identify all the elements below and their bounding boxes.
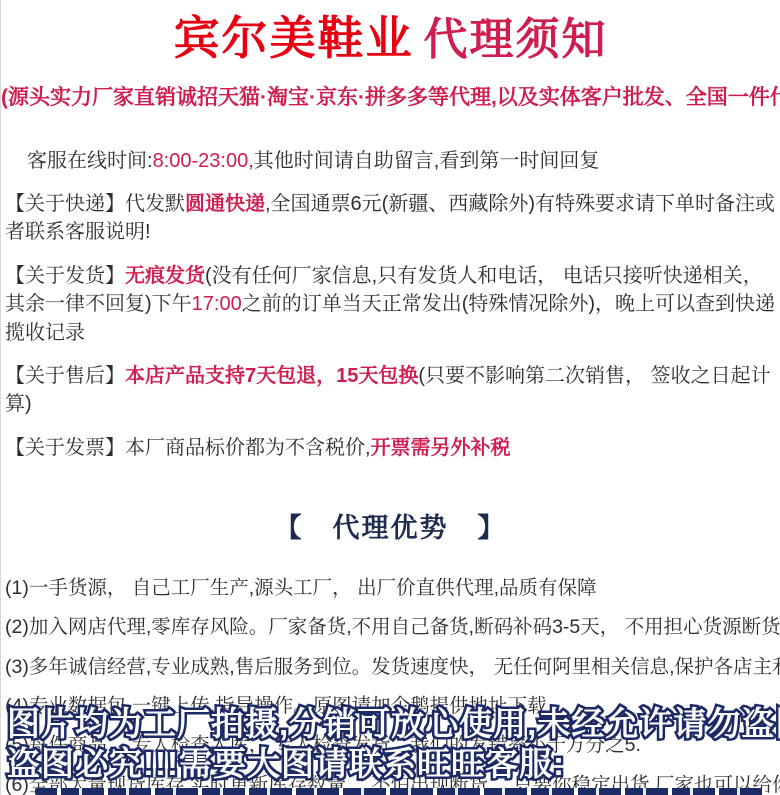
- service-hours-line: 客服在线时间:8:00-23:00,其他时间请自助留言,看到第一时间回复: [5, 147, 776, 175]
- text-segment: 【关于快递】代发默: [5, 193, 185, 215]
- notice-express: 【关于快递】代发默圆通快递,全国通票6元(新疆、西藏除外)有特殊要求请下单时备注…: [5, 190, 776, 247]
- text-segment: 其他时间请自助留言,看到第一时间回复: [254, 150, 600, 172]
- advantage-item-1: (1)一手货源， 自己工厂生产,源头工厂， 出厂价直供代理,品质有保障: [5, 575, 776, 601]
- anti-theft-warning-line2: 盗图必究!!!需要大图请联系旺旺客服:: [7, 744, 774, 784]
- cutoff-text-bar: [35, 788, 765, 795]
- text-segment: 【关于发票】本厂商品标价都为不含税价,: [5, 437, 371, 459]
- text-segment: 8:00-23:00,: [153, 150, 254, 172]
- text-segment: 客服在线时间:: [27, 150, 153, 172]
- page-title: 宾尔美鞋业代理须知: [1, 14, 780, 65]
- notice-list: 客服在线时间:8:00-23:00,其他时间请自助留言,看到第一时间回复 【关于…: [1, 147, 780, 463]
- notice-aftersale: 【关于售后】本店产品支持7天包退，15天包换(只要不影响第二次销售， 签收之日起…: [5, 362, 776, 419]
- notice-shipping: 【关于发货】无痕发货(没有任何厂家信息,只有发货人和电话， 电话只接听快递相关，…: [5, 262, 776, 347]
- recruiting-subtitle: (源头实力厂家直销诚招天猫·淘宝·京东·拼多多等代理,以及实体客户批发、全国一件…: [1, 81, 780, 111]
- text-segment: 【关于发货】: [5, 265, 125, 287]
- advantage-item-3: (3)多年诚信经营,专业成熟,售后服务到位。发货速度快， 无任何阿里相关信息,保…: [5, 654, 776, 680]
- notice-invoice: 【关于发票】本厂商品标价都为不含税价,开票需另外补税: [5, 434, 776, 462]
- anti-theft-warning-line1: 图片均为工厂拍摄,分销可放心使用,未经允许请勿盗图: [7, 704, 774, 744]
- agency-notice-page: 宾尔美鞋业代理须知 (源头实力厂家直销诚招天猫·淘宝·京东·拼多多等代理,以及实…: [0, 0, 780, 795]
- text-segment: 本店产品支持7天包退，15天包换: [125, 365, 418, 387]
- advantages-section-title: 【 代理优势 】: [1, 506, 780, 545]
- text-segment: 17:00: [192, 293, 242, 315]
- brand-name: 宾尔美鞋业: [174, 13, 414, 64]
- text-segment: 无痕发货: [125, 265, 205, 287]
- page-title-suffix: 代理须知: [424, 15, 608, 64]
- text-segment: 圆通快递: [185, 193, 265, 215]
- advantage-item-2: (2)加入网店代理,零库存风险。厂家备货,不用自己备货,断码补码3-5天， 不用…: [5, 614, 776, 640]
- text-segment: 【关于售后】: [5, 365, 125, 387]
- anti-theft-warning: 图片均为工厂拍摄,分销可放心使用,未经允许请勿盗图 盗图必究!!!需要大图请联系…: [1, 704, 780, 795]
- text-segment: 开票需另外补税: [371, 437, 511, 459]
